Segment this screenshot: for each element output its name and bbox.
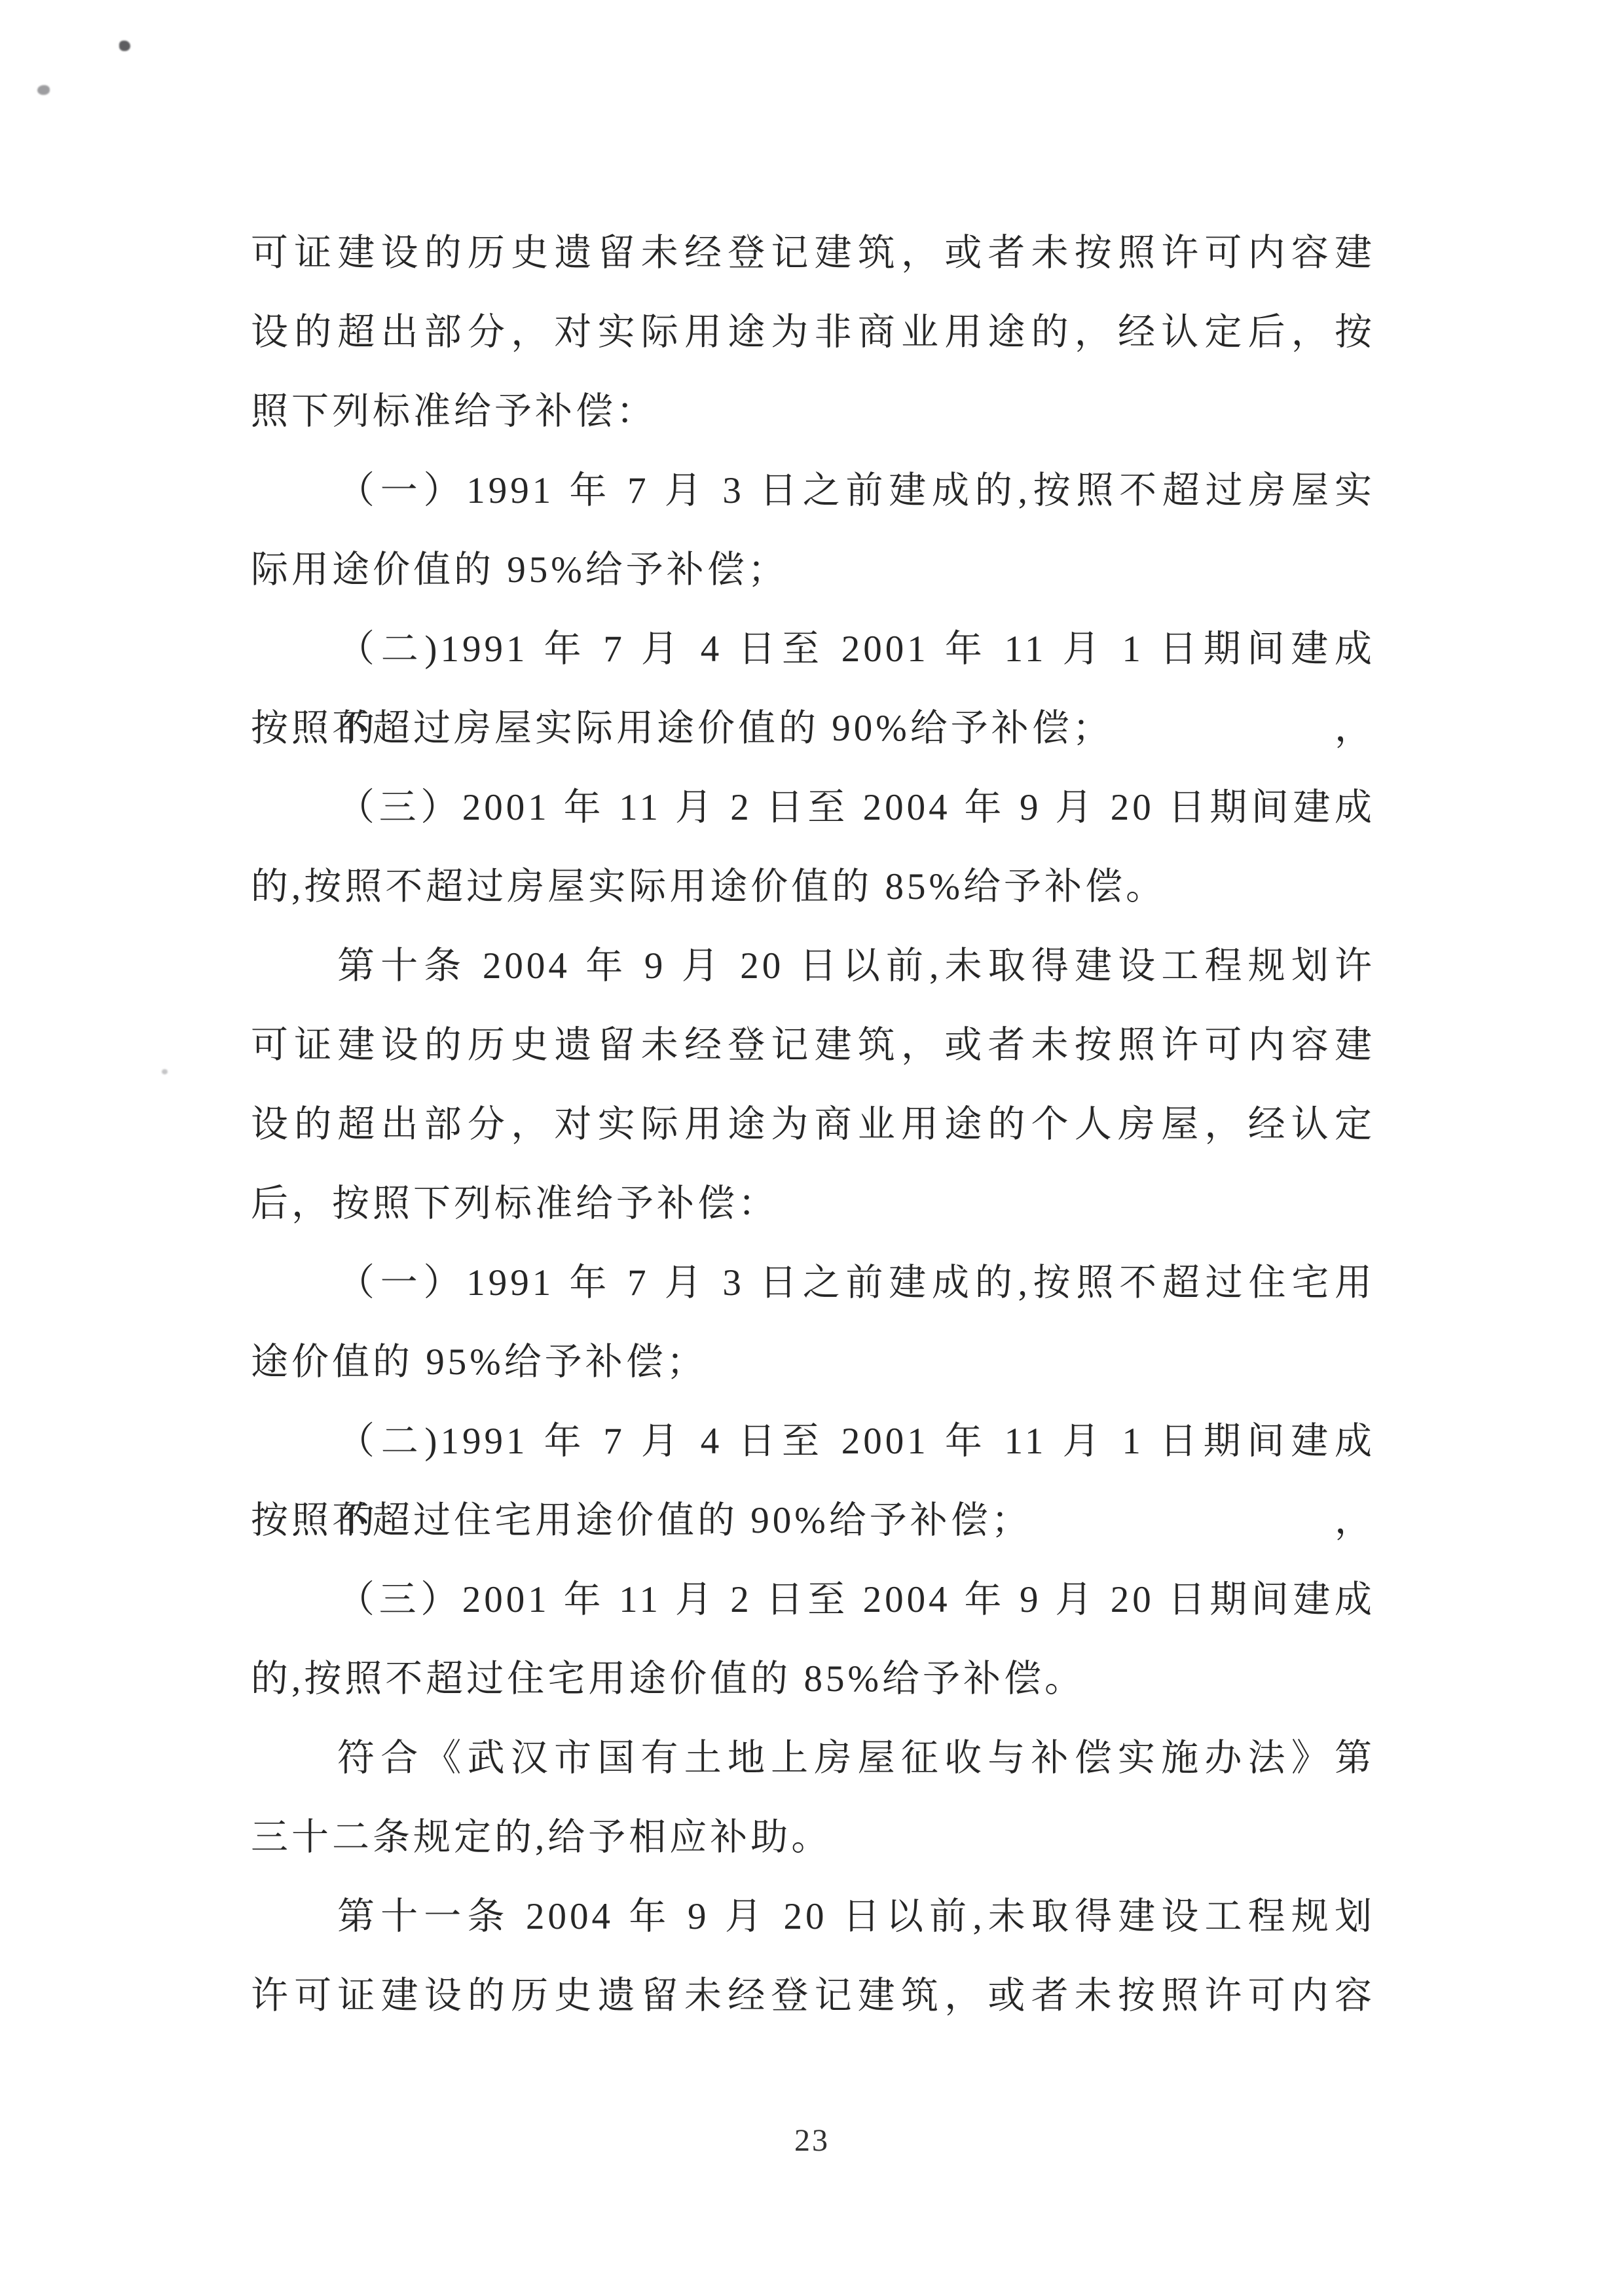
scanned-document-page: 可证建设的历史遗留未经登记建筑，或者未按照许可内容建设的超出部分，对实际用途为非… xyxy=(0,0,1624,2296)
text-line: （二)1991 年 7 月 4 日至 2001 年 11 月 1 日期间建成的， xyxy=(251,1402,1375,1481)
document-body: 可证建设的历史遗留未经登记建筑，或者未按照许可内容建设的超出部分，对实际用途为非… xyxy=(251,213,1375,2035)
text-line: 可证建设的历史遗留未经登记建筑，或者未按照许可内容建 xyxy=(251,1006,1375,1085)
text-line: 设的超出部分，对实际用途为非商业用途的，经认定后，按 xyxy=(251,293,1375,372)
text-line: 际用途价值的 95%给予补偿； xyxy=(251,530,1375,610)
text-line: （一）1991 年 7 月 3 日之前建成的,按照不超过房屋实 xyxy=(251,451,1375,530)
ink-speck xyxy=(119,41,130,51)
text-line: 的,按照不超过住宅用途价值的 85%给予补偿。 xyxy=(251,1639,1375,1719)
page-number: 23 xyxy=(0,2123,1624,2159)
text-line: （三）2001 年 11 月 2 日至 2004 年 9 月 20 日期间建成 xyxy=(251,1560,1375,1639)
text-line: （三）2001 年 11 月 2 日至 2004 年 9 月 20 日期间建成 xyxy=(251,768,1375,847)
ink-speck xyxy=(162,1069,168,1074)
text-line: 可证建设的历史遗留未经登记建筑，或者未按照许可内容建 xyxy=(251,213,1375,293)
text-line: （一）1991 年 7 月 3 日之前建成的,按照不超过住宅用 xyxy=(251,1243,1375,1322)
text-line: 第十一条 2004 年 9 月 20 日以前,未取得建设工程规划 xyxy=(251,1877,1375,1956)
ink-speck xyxy=(37,85,50,95)
text-line: 途价值的 95%给予补偿； xyxy=(251,1322,1375,1402)
text-line: 照下列标准给予补偿： xyxy=(251,372,1375,451)
text-line: 的,按照不超过房屋实际用途价值的 85%给予补偿。 xyxy=(251,847,1375,926)
text-line: 设的超出部分，对实际用途为商业用途的个人房屋，经认定 xyxy=(251,1085,1375,1164)
text-line: 三十二条规定的,给予相应补助。 xyxy=(251,1798,1375,1877)
text-line: 后，按照下列标准给予补偿： xyxy=(251,1164,1375,1243)
text-line: 第十条 2004 年 9 月 20 日以前,未取得建设工程规划许 xyxy=(251,926,1375,1006)
text-line: 许可证建设的历史遗留未经登记建筑，或者未按照许可内容 xyxy=(251,1956,1375,2035)
text-line: 符合《武汉市国有土地上房屋征收与补偿实施办法》第 xyxy=(251,1719,1375,1798)
text-line: （二)1991 年 7 月 4 日至 2001 年 11 月 1 日期间建成的， xyxy=(251,610,1375,689)
